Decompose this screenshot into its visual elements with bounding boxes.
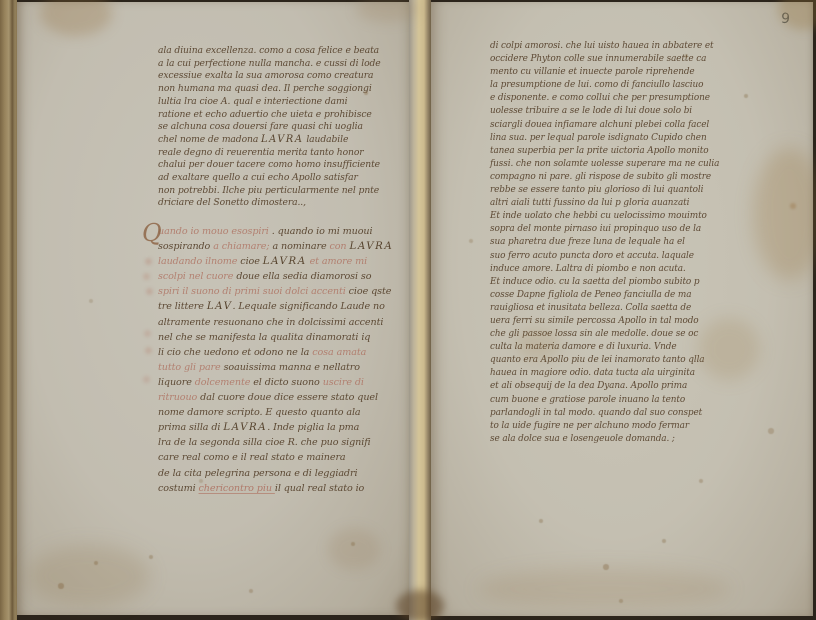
- manuscript-line: lra de la segonda silla cioe R. che puo …: [158, 435, 393, 450]
- manuscript-line: et ali obsequij de la dea Dyana. Apollo …: [490, 380, 719, 393]
- manuscript-line: ratione et echo aduertio che uieta e pro…: [158, 109, 381, 122]
- manuscript-line: di colpi amorosi. che lui uisto hauea in…: [490, 40, 719, 53]
- gutter-bottom-stain: [396, 590, 444, 620]
- manuscript-line: tanea superbia per la prite uictoria Apo…: [490, 145, 719, 158]
- manuscript-line: fussi. che non solamte uolesse superare …: [490, 158, 719, 171]
- manuscript-line: nome damore scripto. E questo quanto ala: [158, 405, 393, 420]
- left-page-paragraph-2: Q uando io mouo esospiri . quando io mi …: [158, 224, 393, 496]
- manuscript-line: se alchuna cosa douersi fare quasi chi u…: [158, 121, 381, 134]
- manuscript-line: Et inde uolato che hebbi cu uelocissimo …: [490, 210, 719, 223]
- manuscript-line: sciargli douea infiamare alchuni plebei …: [490, 119, 719, 132]
- manuscript-line: de la cita pelegrina persona e di leggia…: [158, 466, 393, 481]
- parchment-stain: [28, 545, 150, 607]
- manuscript-line: la presumptione de lui. como di fanciull…: [490, 79, 719, 92]
- manuscript-line: parlandogli in tal modo. quando dal suo …: [490, 407, 719, 420]
- manuscript-line: cum buone e gratiose parole inuano la te…: [490, 394, 719, 407]
- manuscript-line: hauea in magiore odio. data tucta ala ui…: [490, 367, 719, 380]
- right-page: 9 di colpi amorosi. che lui uisto hauea …: [431, 2, 813, 616]
- manuscript-line: to la uide fugire ne per alchuno modo fe…: [490, 420, 719, 433]
- manuscript-line: uando io mouo esospiri . quando io mi mu…: [158, 224, 393, 239]
- parchment-stain: [328, 528, 380, 570]
- manuscript-line: driciare del Sonetto dimostera..,: [158, 197, 381, 210]
- parchment-stain: [753, 148, 816, 280]
- manuscript-line: suo ferro acuto puncta doro et accuta. l…: [490, 250, 719, 263]
- manuscript-line: non humana ma quasi dea. Il perche soggi…: [158, 83, 381, 96]
- manuscript-line: li cio che uedono et odono ne la cosa am…: [158, 345, 393, 360]
- red-margin-bleed-marks: [145, 254, 148, 257]
- manuscript-line: rebbe se essere tanto piu glorioso di lu…: [490, 184, 719, 197]
- manuscript-line: reale degno di reuerentia merita tanto h…: [158, 147, 381, 160]
- manuscript-line: scolpi nel cuore doue ella sedia diamoro…: [158, 269, 393, 284]
- foxing-specks: [0, 0, 2, 2]
- manuscript-line: costumi chericontro piu il qual real sta…: [158, 481, 393, 496]
- manuscript-line: nel che se manifesta la qualita dinamora…: [158, 330, 393, 345]
- manuscript-line: induce amore. Laltra di piombo e non acu…: [490, 263, 719, 276]
- manuscript-line: uolesse tribuire a se le lode di lui dou…: [490, 105, 719, 118]
- manuscript-line: non potrebbi. Ilche piu perticularmente …: [158, 185, 381, 198]
- manuscript-line: rauigliosa et inusitata belleza. Colla s…: [490, 302, 719, 315]
- manuscript-photo: ala diuina excellenza. como a cosa felic…: [0, 0, 816, 620]
- manuscript-line: lina sua. per lequal parole isdignato Cu…: [490, 132, 719, 145]
- manuscript-line: sua pharetra due freze luna de lequale h…: [490, 236, 719, 249]
- manuscript-line: tre littere LAV. Lequale significando La…: [158, 299, 393, 314]
- manuscript-line: chalui per douer tacere como homo insuff…: [158, 159, 381, 172]
- manuscript-line: ritruouo dal cuore doue dice essere stat…: [158, 390, 393, 405]
- manuscript-line: compagno ni pare. gli rispose de subito …: [490, 171, 719, 184]
- manuscript-line: Et induce odio. cu la saetta del piombo …: [490, 276, 719, 289]
- manuscript-line: altramente resuonano che in dolcissimi a…: [158, 315, 393, 330]
- manuscript-line: prima silla di LAVRA. Inde piglia la pma: [158, 420, 393, 435]
- manuscript-line: e disponente. e como collui che per pres…: [490, 92, 719, 105]
- left-page-paragraph-1: ala diuina excellenza. como a cosa felic…: [158, 45, 381, 210]
- manuscript-line: uera ferri su simile percossa Apollo in …: [490, 315, 719, 328]
- manuscript-line: sopra del monte pirnaso iui propinquo us…: [490, 223, 719, 236]
- manuscript-line: sospirando a chiamare; a nominare con LA…: [158, 239, 393, 254]
- manuscript-line: spiri il suono di primi suoi dolci accen…: [158, 284, 393, 299]
- right-page-text: di colpi amorosi. che lui uisto hauea in…: [490, 40, 719, 446]
- manuscript-line: cosse Dapne figliola de Peneo fanciulla …: [490, 289, 719, 302]
- left-page: ala diuina excellenza. como a cosa felic…: [17, 2, 409, 615]
- parchment-stain: [478, 568, 730, 610]
- manuscript-line: ala diuina excellenza. como a cosa felic…: [158, 45, 381, 58]
- manuscript-line: excessiue exalta la sua amorosa como cre…: [158, 70, 381, 83]
- drop-cap-initial-q: Q: [142, 221, 162, 245]
- manuscript-line: care real como e il real stato e mainera: [158, 450, 393, 465]
- manuscript-line: se ala dolce sua e losengeuole domanda. …: [490, 433, 719, 446]
- manuscript-line: ad exaltare quello a cui echo Apollo sat…: [158, 172, 381, 185]
- book-fore-edge: [0, 0, 17, 620]
- manuscript-line: mento cu villanie et inuecte parole ripr…: [490, 66, 719, 79]
- manuscript-line: tutto gli pare soauissima manna e nellat…: [158, 360, 393, 375]
- manuscript-line: altri aiali tutti fussino da lui p glori…: [490, 197, 719, 210]
- manuscript-line: liquore dolcemente el dicto suono uscire…: [158, 375, 393, 390]
- parchment-stain: [698, 318, 760, 380]
- manuscript-line: occidere Phyton colle sue innumerabile s…: [490, 53, 719, 66]
- binding-gutter: [409, 0, 431, 620]
- manuscript-line: chel nome de madona LAVRA laudabile: [158, 134, 381, 147]
- manuscript-line: laudando ilnome cioe LAVRA et amore mi: [158, 254, 393, 269]
- manuscript-line: lultia lra cioe A. qual e interiectione …: [158, 96, 381, 109]
- manuscript-line: a la cui perfectione nulla mancha. e cus…: [158, 58, 381, 71]
- parchment-stain: [516, 328, 560, 360]
